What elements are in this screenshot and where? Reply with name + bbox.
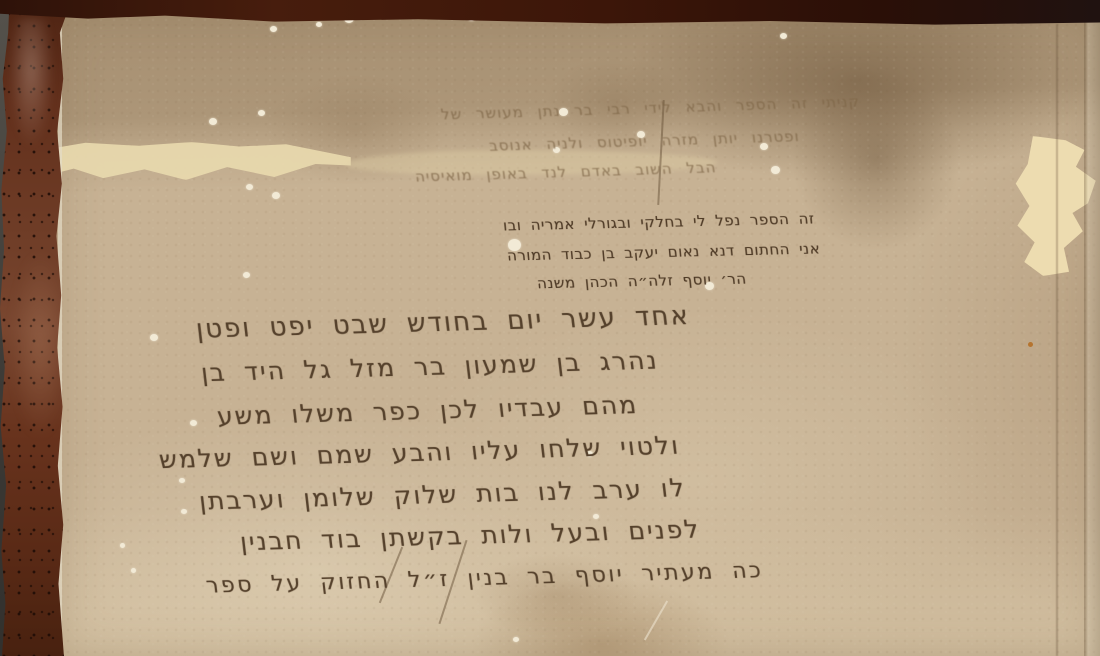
damage-spot <box>120 543 125 548</box>
page-fold-crease <box>1056 24 1058 656</box>
damage-spot <box>243 272 250 278</box>
damage-spot <box>513 637 519 642</box>
damage-spot <box>179 478 185 483</box>
damage-spot <box>181 509 187 514</box>
damage-spot <box>272 192 280 199</box>
leather-binding-left-edge <box>0 0 68 656</box>
damage-spot <box>316 22 322 27</box>
damage-spot <box>150 334 158 341</box>
damage-spot <box>246 184 253 190</box>
damage-spot <box>771 166 780 174</box>
damage-spot <box>209 118 217 125</box>
manuscript-photo: קניתי זה הספר והבא לידי רבי בר נתן מעושר… <box>0 0 1100 656</box>
rust-speck <box>1028 342 1033 347</box>
damage-spot <box>258 110 265 116</box>
page-right-edge <box>1084 18 1100 656</box>
damage-spot <box>190 420 197 426</box>
damage-spot <box>131 568 136 573</box>
damage-spot <box>780 33 787 39</box>
damage-spot <box>270 26 277 32</box>
